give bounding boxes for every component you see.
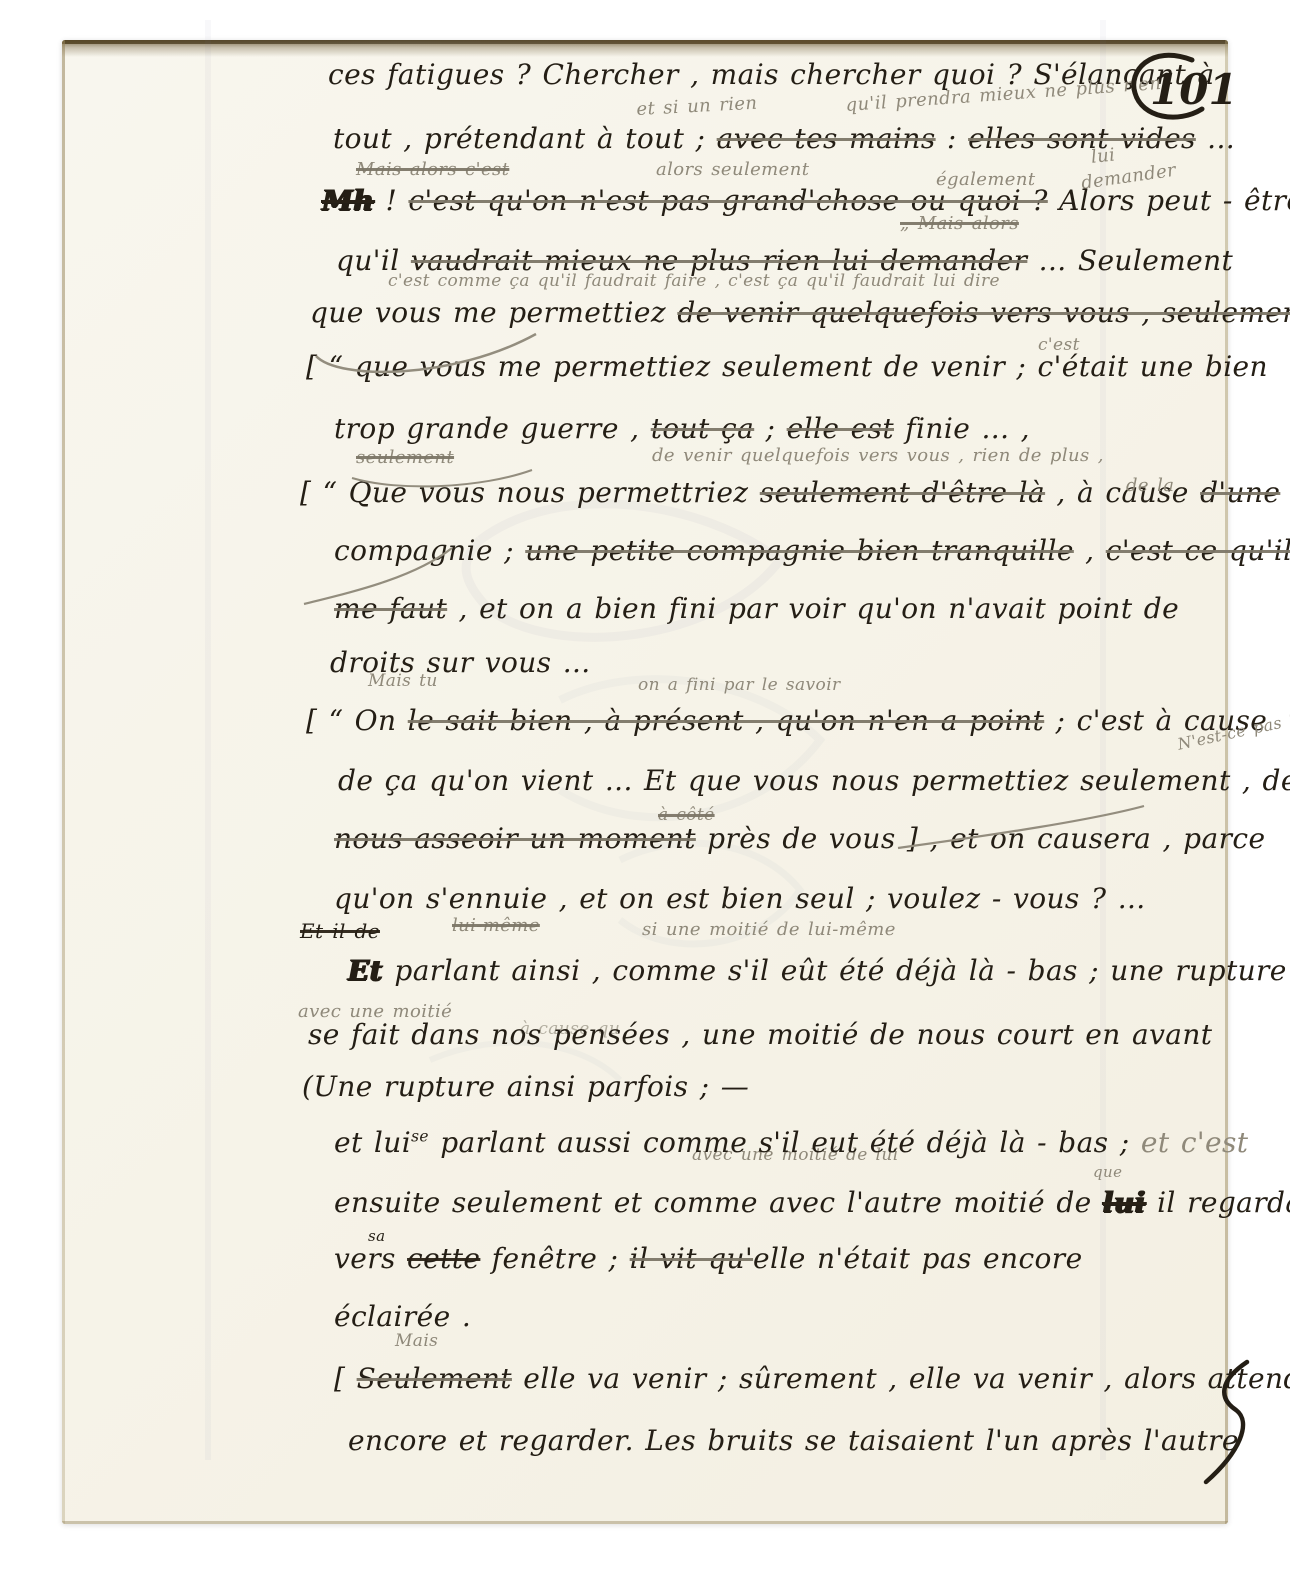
text-segment: lui bbox=[1103, 1186, 1146, 1219]
pencil-annotation: on a fini par le savoir bbox=[638, 676, 841, 695]
text-segment: avec tes mains bbox=[717, 122, 936, 155]
text-segment: une petite compagnie bien tranquille bbox=[525, 534, 1074, 567]
pencil-annotation: que bbox=[1093, 1164, 1122, 1181]
ink-line: encore et regarder. Les bruits se taisai… bbox=[348, 1426, 1239, 1457]
text-segment: et c'est bbox=[1141, 1126, 1249, 1159]
text-segment: Mais bbox=[395, 1331, 438, 1351]
text-segment: qu'on s'ennuie , et on est bien seul ; v… bbox=[334, 882, 1146, 915]
text-segment: me faut bbox=[334, 592, 447, 625]
text-segment: encore et regarder. Les bruits se taisai… bbox=[348, 1424, 1239, 1457]
pencil-annotation: Mais alors c'est bbox=[356, 160, 509, 180]
text-segment: on a fini par le savoir bbox=[638, 675, 841, 695]
text-segment: ; bbox=[754, 412, 786, 445]
text-segment: de venir quelquefois vers vous , seuleme… bbox=[677, 296, 1290, 329]
text-segment: Mais tu bbox=[368, 671, 438, 691]
text-segment: se bbox=[411, 1128, 429, 1146]
text-segment: de ça qu'on vient ... Et que vous nous p… bbox=[338, 764, 1290, 797]
text-segment: tout , prétendant à tout ; bbox=[333, 122, 717, 155]
text-segment: c'est comme ça qu'il faudrait faire , c'… bbox=[388, 271, 1000, 291]
text-segment: tout ça bbox=[651, 412, 754, 445]
ink-line: et luise parlant aussi comme s'il eut ét… bbox=[334, 1128, 1248, 1159]
text-segment: , bbox=[1074, 534, 1106, 567]
ink-line: éclairée . bbox=[334, 1302, 471, 1333]
pencil-annotation: et si un rien bbox=[636, 94, 758, 120]
text-segment: et si un rien bbox=[636, 93, 758, 120]
text-segment: seulement d'être là bbox=[760, 476, 1045, 509]
text-segment: que bbox=[1093, 1163, 1122, 1181]
pencil-annotation: Mais tu bbox=[368, 672, 438, 691]
text-segment: elle va venir ; sûrement , elle va venir… bbox=[512, 1362, 1290, 1395]
text-segment: si une moitié de lui-même bbox=[642, 919, 896, 940]
text-segment: : bbox=[936, 122, 968, 155]
pencil-annotation: de venir quelquefois vers vous , rien de… bbox=[652, 446, 1104, 466]
text-segment: c'est ce qu'il bbox=[1106, 534, 1290, 567]
text-segment: il regardait bbox=[1146, 1186, 1290, 1219]
text-segment: [ bbox=[334, 1362, 357, 1395]
ink-line: [ “ On le sait bien , à présent , qu'on … bbox=[306, 706, 1267, 737]
text-segment: alors seulement bbox=[656, 159, 809, 180]
ink-line: me faut , et on a bien fini par voir qu'… bbox=[334, 594, 1179, 625]
ink-line: [ “ que vous me permettiez seulement de … bbox=[306, 352, 1268, 383]
text-segment: , et on a bien fini par voir qu'on n'ava… bbox=[447, 592, 1179, 625]
text-segment: [ “ Que vous nous permettriez bbox=[300, 476, 760, 509]
text-segment: se fait dans nos pensées , une moitié de… bbox=[308, 1018, 1212, 1051]
pencil-annotation: lui-même bbox=[452, 916, 540, 936]
ink-line: vers cette fenêtre ; il vit qu'elle n'ét… bbox=[334, 1244, 1083, 1275]
ink-line: ensuite seulement et comme avec l'autre … bbox=[334, 1188, 1290, 1219]
text-segment: lui-même bbox=[452, 915, 540, 936]
text-segment: Mh bbox=[322, 184, 374, 217]
pencil-annotation: „ Mais alors bbox=[900, 214, 1019, 234]
pencil-annotation: de la bbox=[1126, 476, 1174, 496]
text-segment: de venir quelquefois vers vous , rien de… bbox=[652, 445, 1104, 466]
text-segment: [ “ On bbox=[306, 704, 408, 737]
pencil-annotation: Mais bbox=[395, 1332, 438, 1351]
ink-line: qu'on s'ennuie , et on est bien seul ; v… bbox=[334, 884, 1146, 915]
text-segment: de la bbox=[1126, 475, 1174, 496]
text-segment: compagnie ; bbox=[334, 534, 525, 567]
text-segment: ... Seulement bbox=[1027, 244, 1233, 277]
text-segment: „ Mais alors bbox=[900, 213, 1019, 234]
text-segment: près de vous ] , et on causera , parce bbox=[696, 822, 1266, 855]
text-segment: et lui bbox=[334, 1126, 411, 1159]
text-segment: vers bbox=[334, 1242, 407, 1275]
text-segment: Seulement bbox=[357, 1362, 512, 1395]
text-segment: elle n'était pas encore bbox=[753, 1242, 1083, 1275]
text-segment: seulement bbox=[356, 447, 454, 468]
ink-line: [ Seulement elle va venir ; sûrement , e… bbox=[334, 1364, 1290, 1395]
text-segment: d'une bbox=[1200, 476, 1280, 509]
text-segment: Et il de bbox=[300, 919, 380, 943]
text-segment: lui bbox=[1090, 144, 1116, 167]
text-segment: le sait bien , à présent , qu'on n'en a … bbox=[408, 704, 1044, 737]
text-segment: (Une rupture ainsi parfois ; — bbox=[302, 1070, 749, 1103]
text-segment: que vous me permettiez bbox=[310, 296, 677, 329]
text-segment: ! bbox=[374, 184, 408, 217]
text-segment: cette bbox=[407, 1242, 480, 1275]
ink-line: que vous me permettiez de venir quelquef… bbox=[310, 298, 1290, 329]
text-segment: il vit qu' bbox=[630, 1242, 753, 1275]
text-segment: éclairée . bbox=[334, 1300, 471, 1333]
text-segment: [ “ que vous me permettiez seulement de … bbox=[306, 350, 1268, 383]
text-segment: finie ... , bbox=[894, 412, 1030, 445]
pencil-annotation: si une moitié de lui-même bbox=[642, 920, 896, 940]
pencil-annotation: lui bbox=[1090, 145, 1116, 167]
ink-line: compagnie ; une petite compagnie bien tr… bbox=[334, 536, 1290, 567]
text-segment: parlant aussi comme s'il eut été déjà là… bbox=[429, 1126, 1141, 1159]
pencil-annotation: c'est comme ça qu'il faudrait faire , c'… bbox=[388, 272, 1000, 291]
ink-line: Mh ! c'est qu'on n'est pas grand'chose o… bbox=[322, 186, 1290, 217]
pencil-annotation: alors seulement bbox=[656, 160, 809, 180]
text-segment: trop grande guerre , bbox=[334, 412, 651, 445]
text-segment: Alors peut - être bbox=[1048, 184, 1290, 217]
text-segment: nous asseoir un moment bbox=[334, 822, 696, 855]
text-segment: Mais alors c'est bbox=[356, 159, 509, 180]
text-segment: Et bbox=[348, 954, 383, 987]
ink-line: trop grande guerre , tout ça ; elle est … bbox=[334, 414, 1030, 445]
text-segment: , à cause bbox=[1045, 476, 1200, 509]
text-layer: ces fatigues ? Chercher , mais chercher … bbox=[0, 0, 1290, 1590]
ink-line: Et parlant ainsi , comme s'il eût été dé… bbox=[348, 956, 1287, 987]
pencil-annotation: seulement bbox=[356, 448, 454, 468]
text-segment: elles sont vides bbox=[968, 122, 1196, 155]
ink-line: (Une rupture ainsi parfois ; — bbox=[302, 1072, 749, 1103]
text-segment: fenêtre ; bbox=[480, 1242, 629, 1275]
text-segment: ensuite seulement et comme avec l'autre … bbox=[334, 1186, 1103, 1219]
ink-line: de ça qu'on vient ... Et que vous nous p… bbox=[338, 766, 1290, 797]
ink-line: Et il de bbox=[300, 920, 380, 942]
ink-line: nous asseoir un moment près de vous ] , … bbox=[334, 824, 1265, 855]
ink-line: se fait dans nos pensées , une moitié de… bbox=[308, 1020, 1212, 1051]
text-segment: ... bbox=[1196, 122, 1235, 155]
text-segment: elle est bbox=[787, 412, 894, 445]
text-segment: parlant ainsi , comme s'il eût été déjà … bbox=[383, 954, 1287, 987]
